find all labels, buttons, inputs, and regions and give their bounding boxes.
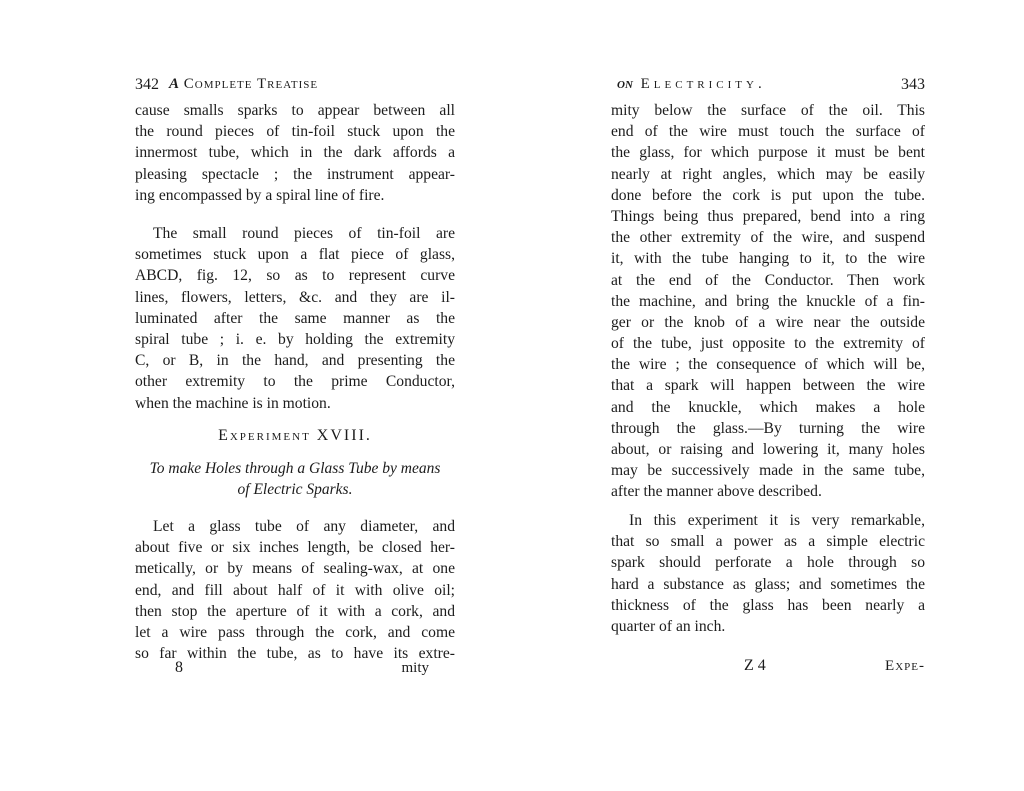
text-line: lines, flowers, letters, &c. and they ar… xyxy=(135,287,455,308)
text-line: metically, or by means of sealing-wax, a… xyxy=(135,558,455,579)
text-line: ger or the knob of a wire near the outsi… xyxy=(611,312,925,333)
text-line: hard a substance as glass; and sometimes… xyxy=(611,574,925,595)
paragraph-glass-tube: Let a glass tube of any diameter, and ab… xyxy=(135,516,455,664)
text-line: ing encompassed by a spiral line of fire… xyxy=(135,185,455,206)
experiment-subtitle-line-1: To make Holes through a Glass Tube by me… xyxy=(135,458,455,479)
text-line: that a spark will happen between the wir… xyxy=(611,375,925,396)
page-number-left: 342 xyxy=(135,76,159,94)
running-head-left: 342 A Complete Treatise xyxy=(135,76,455,96)
text-line: Things being thus prepared, bend into a … xyxy=(611,206,925,227)
text-line: the wire ; the consequence of which will… xyxy=(611,354,925,375)
text-line: of the tube, just opposite to the extrem… xyxy=(611,333,925,354)
text-line: about five or six inches length, be clos… xyxy=(135,537,455,558)
text-line: spark should perforate a hole through so xyxy=(611,552,925,573)
text-line: Let a glass tube of any diameter, and xyxy=(135,516,455,537)
text-line: luminated after the same manner as the xyxy=(135,308,455,329)
text-line: the glass, for which purpose it must be … xyxy=(611,142,925,163)
text-line: other extremity to the prime Conductor, xyxy=(135,371,455,392)
text-line: In this experiment it is very remarkable… xyxy=(611,510,925,531)
text-line: the round pieces of tin-foil stuck upon … xyxy=(135,121,455,142)
text-line: the other extremity of the wire, and sus… xyxy=(611,227,925,248)
text-line: cause smalls sparks to appear between al… xyxy=(135,100,455,121)
text-line: C, or B, in the hand, and presenting the xyxy=(135,350,455,371)
text-line: it, with the tube hanging to it, to the … xyxy=(611,248,925,269)
text-line: end, and fill about half of it with oliv… xyxy=(135,580,455,601)
left-page: 342 A Complete Treatise cause smalls spa… xyxy=(135,0,455,791)
experiment-subtitle-line-2: of Electric Sparks. xyxy=(135,479,455,500)
paragraph-continuation: cause smalls sparks to appear between al… xyxy=(135,100,455,206)
text-line: at the end of the Conductor. Then work xyxy=(611,270,925,291)
running-title-right: on Electricity. xyxy=(617,76,766,93)
running-title-text-right: Electricity. xyxy=(641,76,766,92)
text-line: let a wire pass through the cork, and co… xyxy=(135,622,455,643)
text-line: through the glass.—By turning the wire xyxy=(611,418,925,439)
text-line: end of the wire must touch the surface o… xyxy=(611,121,925,142)
signature-mark-left: 8 xyxy=(175,659,183,677)
paragraph-remarkable: In this experiment it is very remarkable… xyxy=(611,510,925,637)
running-title-prefix-right: on xyxy=(617,76,633,92)
catchword-left: mity xyxy=(401,660,429,677)
text-line: the machine, and bring the knuckle of a … xyxy=(611,291,925,312)
text-line: innermost tube, which in the dark afford… xyxy=(135,142,455,163)
text-line: quarter of an inch. xyxy=(611,616,925,637)
text-line: mity below the surface of the oil. This xyxy=(611,100,925,121)
signature-mark-right: Z 4 xyxy=(744,657,766,675)
text-line: The small round pieces of tin-foil are xyxy=(135,223,455,244)
text-line: and the knuckle, which makes a hole xyxy=(611,397,925,418)
paragraph-tin-foil: The small round pieces of tin-foil are s… xyxy=(135,223,455,414)
text-line: then stop the aperture of it with a cork… xyxy=(135,601,455,622)
text-line: done before the cork is put upon the tub… xyxy=(611,185,925,206)
running-title-left: A Complete Treatise xyxy=(169,76,318,93)
text-line: sometimes stuck upon a flat piece of gla… xyxy=(135,244,455,265)
running-head-right: on Electricity. 343 xyxy=(611,76,925,96)
running-title-prefix-left: A xyxy=(169,76,179,92)
right-page: on Electricity. 343 mity below the surfa… xyxy=(611,0,925,791)
text-line: pleasing spectacle ; the instrument appe… xyxy=(135,164,455,185)
text-line: about, or raising and lowering it, many … xyxy=(611,439,925,460)
text-line: ABCD, fig. 12, so as to represent curve xyxy=(135,265,455,286)
paragraph-procedure: mity below the surface of the oil. This … xyxy=(611,100,925,503)
text-line: when the machine is in motion. xyxy=(135,393,455,414)
catchword-right: Expe- xyxy=(885,658,925,675)
text-line: nearly at right angles, which may be eas… xyxy=(611,164,925,185)
experiment-subtitle: To make Holes through a Glass Tube by me… xyxy=(135,458,455,500)
running-title-text-left: Complete Treatise xyxy=(184,76,318,92)
text-line: that so small a power as a simple electr… xyxy=(611,531,925,552)
text-line: may be successively made in the same tub… xyxy=(611,460,925,481)
text-line: after the manner above described. xyxy=(611,481,925,502)
experiment-heading: Experiment XVIII. xyxy=(135,427,455,445)
text-line: thickness of the glass has been nearly a xyxy=(611,595,925,616)
text-line: spiral tube ; i. e. by holding the extre… xyxy=(135,329,455,350)
page-number-right: 343 xyxy=(901,76,925,94)
